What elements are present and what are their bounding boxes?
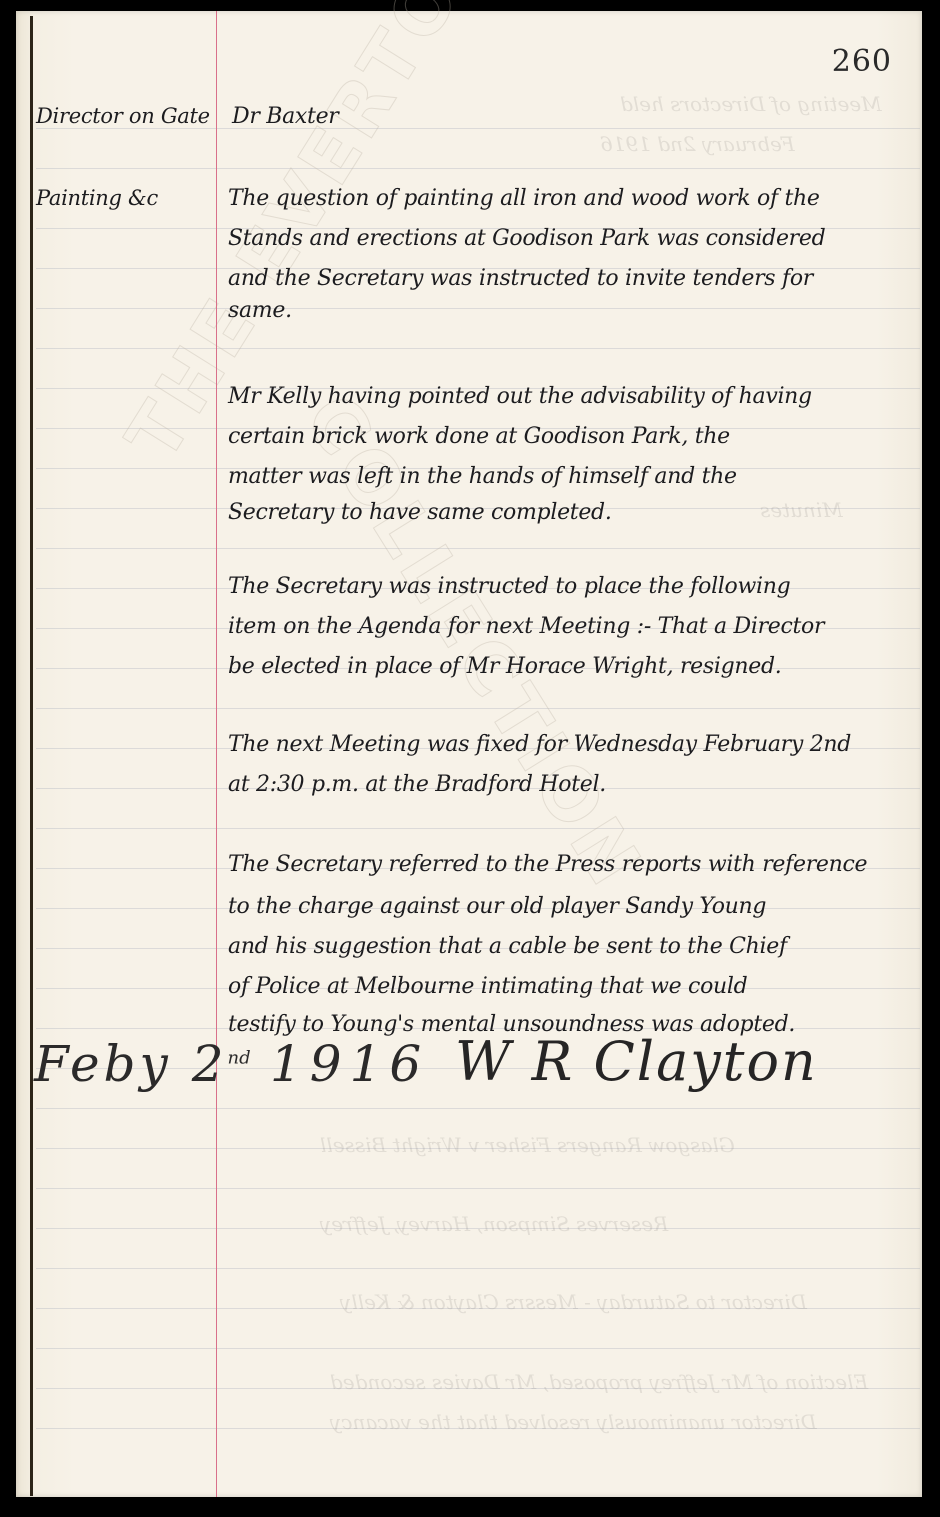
- entry-line: Mr Kelly having pointed out the advisabi…: [228, 384, 812, 409]
- entry-line: The Secretary referred to the Press repo…: [228, 852, 867, 877]
- entry-line: of Police at Melbourne intimating that w…: [228, 974, 747, 999]
- signature-year: 1916: [270, 1035, 429, 1093]
- entry-line: The next Meeting was fixed for Wednesday…: [228, 732, 851, 757]
- ruled-line: [36, 1268, 920, 1269]
- ruled-line: [36, 168, 920, 169]
- signature-date-suffix: nd: [228, 1047, 251, 1068]
- margin-label-painting: Painting &c: [36, 186, 158, 210]
- margin-label-director-on-gate: Director on Gate: [36, 104, 210, 128]
- ruled-line: [36, 128, 920, 129]
- ruled-line: [36, 1108, 920, 1109]
- ruled-line: [36, 1348, 920, 1349]
- entry-line: to the charge against our old player San…: [228, 894, 766, 919]
- entry-line: be elected in place of Mr Horace Wright,…: [228, 654, 781, 679]
- bleed-through-text: Director to Saturday - Messrs Clayton & …: [340, 1290, 807, 1314]
- ruled-line: [36, 1188, 920, 1189]
- bleed-through-text: Director unanimously resolved that the v…: [330, 1410, 817, 1434]
- entry-line: The question of painting all iron and wo…: [228, 186, 820, 211]
- entry-line: item on the Agenda for next Meeting :- T…: [228, 614, 824, 639]
- red-margin-line: [216, 11, 217, 1497]
- chairman-signature: W R Clayton: [455, 1030, 818, 1093]
- ruled-line: [36, 308, 920, 309]
- entry-director-name: Dr Baxter: [232, 104, 339, 129]
- entry-line: The Secretary was instructed to place th…: [228, 574, 790, 599]
- entry-line: certain brick work done at Goodison Park…: [228, 424, 730, 449]
- entry-line: at 2:30 p.m. at the Bradford Hotel.: [228, 772, 606, 797]
- bleed-through-text: Glasgow Rangers Fisher v Wright Bissell: [320, 1133, 735, 1157]
- entry-line: Stands and erections at Goodison Park wa…: [228, 226, 825, 251]
- signature-date-prefix: Feby 2: [34, 1035, 228, 1093]
- entry-line: Secretary to have same completed.: [228, 500, 612, 525]
- page-number: 260: [832, 44, 892, 79]
- entry-line: and the Secretary was instructed to invi…: [228, 266, 813, 291]
- bleed-through-text: Minutes: [760, 498, 843, 522]
- bleed-through-text: Reserves Simpson, Harvey, Jeffrey: [320, 1212, 668, 1236]
- bleed-through-text: Election of Mr Jeffrey proposed, Mr Davi…: [330, 1370, 868, 1394]
- ruled-line: [36, 548, 920, 549]
- signature-date: Feby 2nd: [34, 1035, 251, 1093]
- entry-line: same.: [228, 298, 292, 323]
- bleed-through-text: February 2nd 1916: [600, 132, 795, 156]
- bleed-through-text: Meeting of Directors held: [620, 92, 882, 116]
- page-binding-edge: [30, 16, 33, 1496]
- ruled-line: [36, 828, 920, 829]
- entry-line: matter was left in the hands of himself …: [228, 464, 737, 489]
- entry-line: and his suggestion that a cable be sent …: [228, 934, 787, 959]
